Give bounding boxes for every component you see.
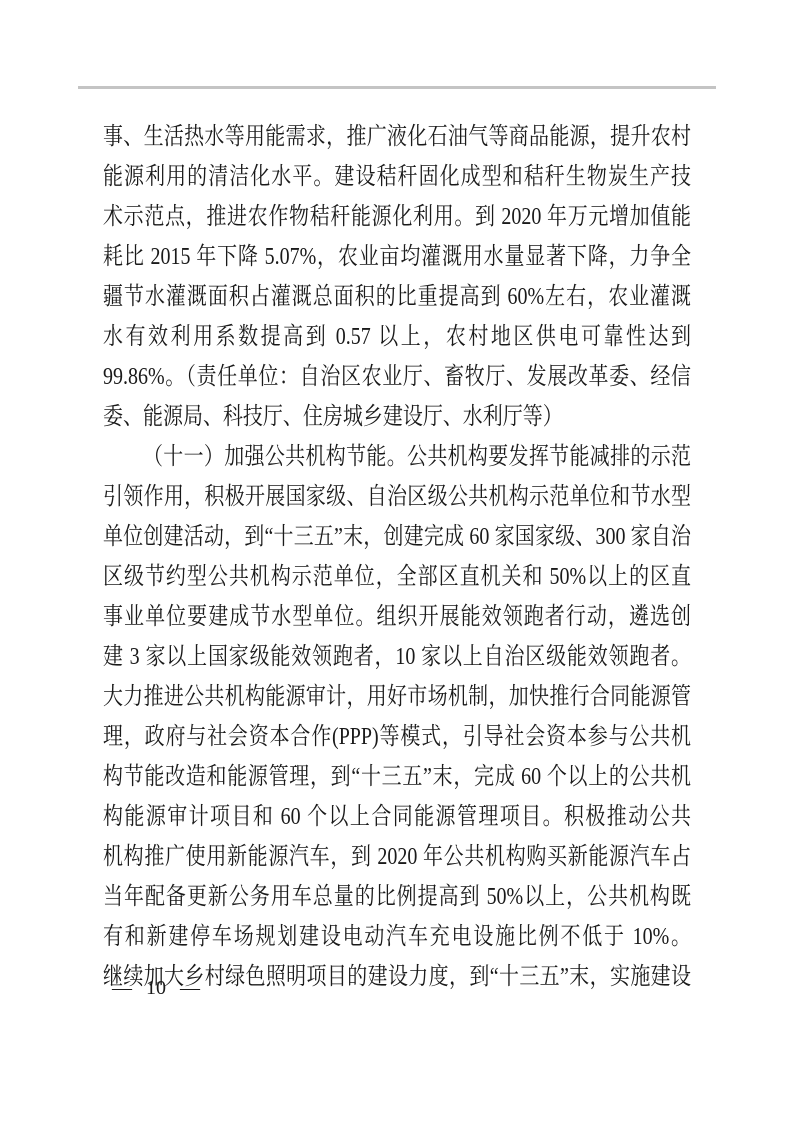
text-line: 构能源审计项目和 60 个以上合同能源管理项目。积极推动公共 [103,797,691,837]
text-line: 委、能源局、科技厅、住房城乡建设厅、水利厅等） [103,397,691,437]
text-line: 引领作用，积极开展国家级、自治区级公共机构示范单位和节水型 [103,477,691,517]
text-line: 99.86%。（责任单位：自治区农业厅、畜牧厅、发展改革委、经信 [103,357,691,397]
text-line: 大力推进公共机构能源审计，用好市场机制，加快推行合同能源管 [103,677,691,717]
page: { "colors": { "background": "#ffffff", "… [0,0,793,1122]
header-rule [78,86,716,89]
text-line: 术示范点，推进农作物秸秆能源化利用。到 2020 年万元增加值能 [103,197,691,237]
text-line: 单位创建活动，到“十三五”末，创建完成 60 家国家级、300 家自治 [103,517,691,557]
text-line: （十一）加强公共机构节能。公共机构要发挥节能减排的示范 [103,437,691,477]
text-line: 机构推广使用新能源汽车，到 2020 年公共机构购买新能源汽车占 [103,837,691,877]
page-number: — 10 — [112,977,200,999]
text-line: 当年配备更新公务用车总量的比例提高到 50%以上，公共机构既 [103,877,691,917]
document-page: 事、生活热水等用能需求，推广液化石油气等商品能源，提升农村能源利用的清洁化水平。… [0,0,793,1122]
text-line: 能源利用的清洁化水平。建设秸秆固化成型和秸秆生物炭生产技 [103,157,691,197]
text-line: 事业单位要建成节水型单位。组织开展能效领跑者行动，遴选创 [103,597,691,637]
text-line: 有和新建停车场规划建设电动汽车充电设施比例不低于 10%。 [103,917,691,957]
text-line: 水有效利用系数提高到 0.57 以上，农村地区供电可靠性达到 [103,317,691,357]
text-line: 疆节水灌溉面积占灌溉总面积的比重提高到 60%左右，农业灌溉 [103,277,691,317]
text-line: 区级节约型公共机构示范单位，全部区直机关和 50%以上的区直 [103,557,691,597]
body-text: 事、生活热水等用能需求，推广液化石油气等商品能源，提升农村能源利用的清洁化水平。… [103,117,691,997]
text-line: 理，政府与社会资本合作(PPP)等模式，引导社会资本参与公共机 [103,717,691,757]
text-line: 事、生活热水等用能需求，推广液化石油气等商品能源，提升农村 [103,117,691,157]
text-line: 构节能改造和能源管理，到“十三五”末，完成 60 个以上的公共机 [103,757,691,797]
text-line: 耗比 2015 年下降 5.07%，农业亩均灌溉用水量显著下降，力争全 [103,237,691,277]
text-line: 建 3 家以上国家级能效领跑者，10 家以上自治区级能效领跑者。 [103,637,691,677]
